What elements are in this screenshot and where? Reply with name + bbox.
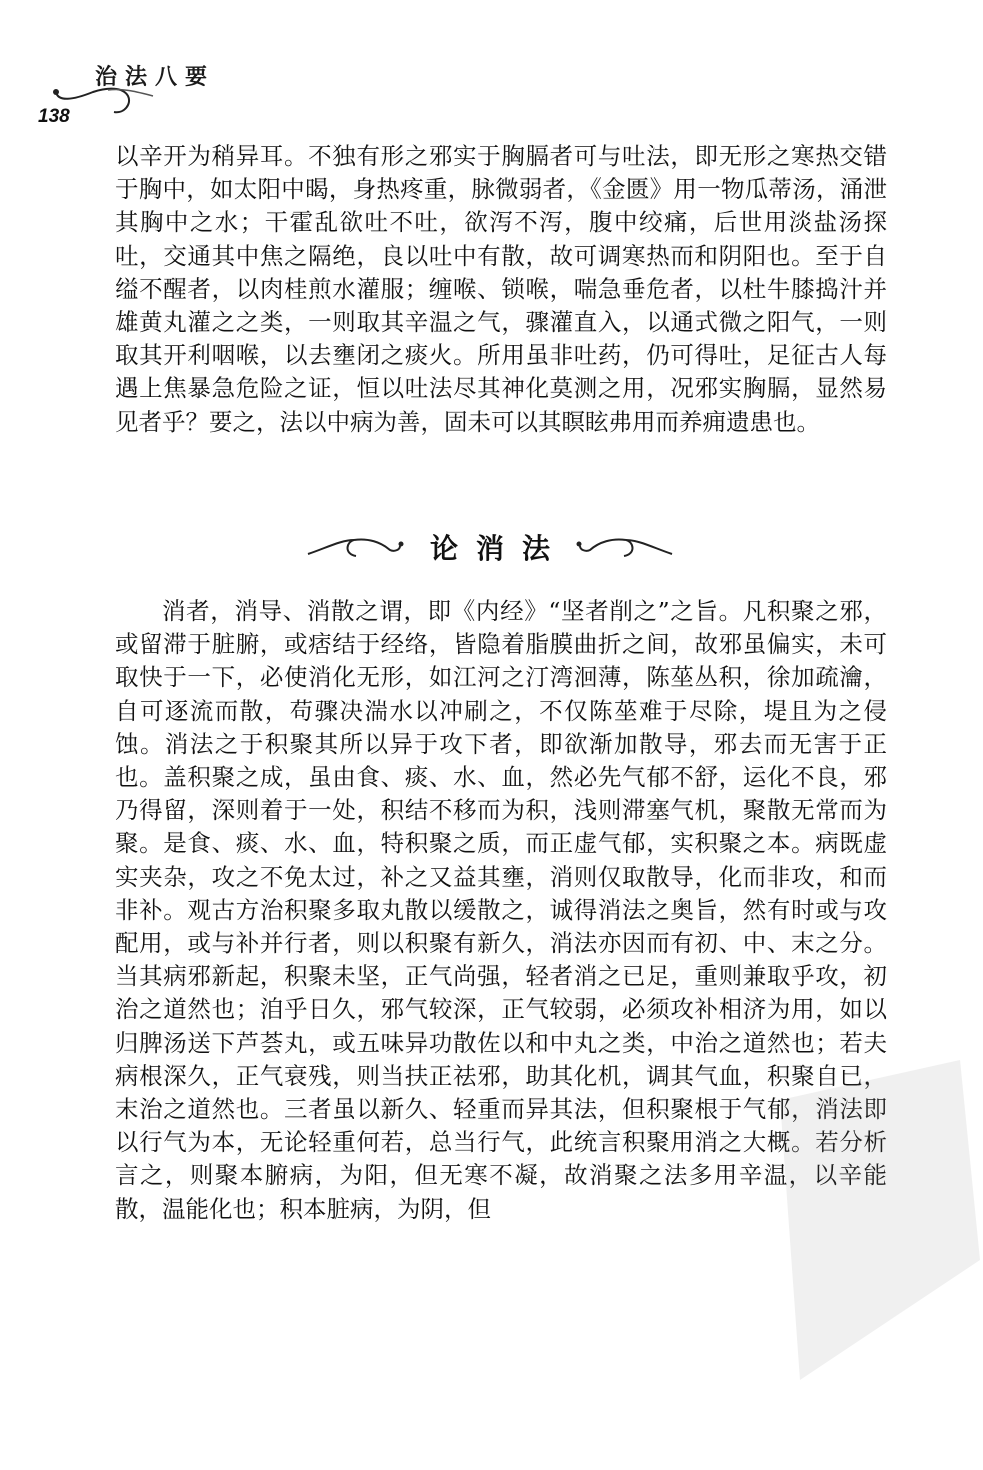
watermark-icon <box>760 1060 980 1380</box>
page-number: 138 <box>38 106 70 128</box>
section-title: 论消法 <box>430 527 568 567</box>
paragraph-text: 以辛开为稍异耳。不独有形之邪实于胸膈者可与吐法，即无形之寒热交错于胸中，如太阳中… <box>115 140 887 439</box>
continued-paragraph: 以辛开为稍异耳。不独有形之邪实于胸膈者可与吐法，即无形之寒热交错于胸中，如太阳中… <box>115 140 887 439</box>
left-swirl-ornament-icon <box>306 532 406 562</box>
right-swirl-ornament-icon <box>574 532 674 562</box>
section-heading: 论消法 <box>290 522 690 572</box>
